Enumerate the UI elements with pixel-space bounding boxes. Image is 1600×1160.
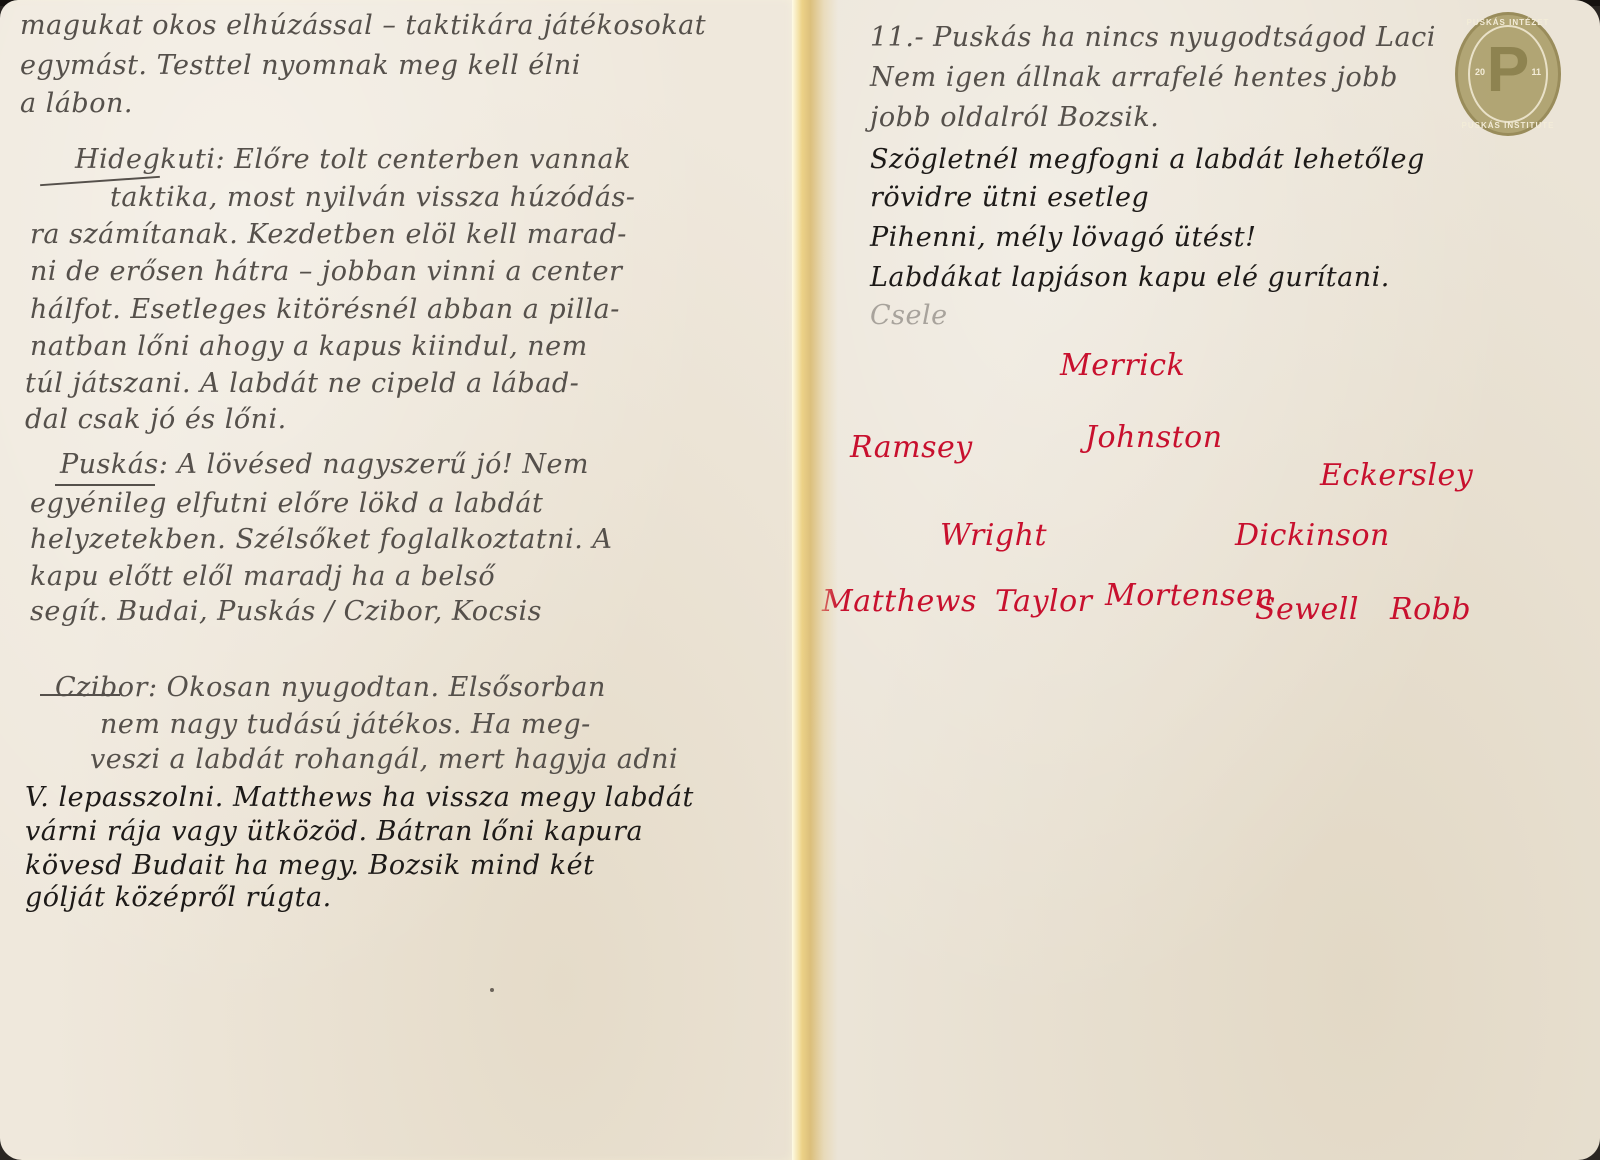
right-line-2: Nem igen állnak arrafelé hentes jobb <box>870 58 1398 98</box>
left-line-18: nem nagy tudású játékos. Ha meg- <box>100 705 591 745</box>
notebook-spread: magukat okos elhúzással – taktikára játé… <box>0 0 1600 1160</box>
stamp-year-right: 11 <box>1531 67 1541 77</box>
stamp-top-text: PUSKÁS INTÉZET <box>1458 18 1558 27</box>
left-line-1: magukat okos elhúzással – taktikára játé… <box>20 6 706 46</box>
right-line-7: Labdákat lapjáson kapu elé gurítani. <box>870 258 1390 298</box>
left-line-14: helyzetekben. Szélsőket foglalkoztatni. … <box>30 520 612 560</box>
stamp-year-left: 20 <box>1475 67 1485 77</box>
right-line-5: rövidre ütni esetleg <box>870 178 1149 218</box>
right-line-4: Szögletnél megfogni a labdát lehetőleg <box>870 140 1425 180</box>
ink-speck <box>490 988 494 992</box>
left-line-9: natban lőni ahogy a kapus kiindul, nem <box>30 327 588 367</box>
right-page: 11.- Puskás ha nincs nyugodtságod Laci N… <box>800 0 1600 1160</box>
left-line-13: egyénileg elfutni előre lökd a labdát <box>30 484 543 524</box>
heading-underline <box>40 694 120 696</box>
left-line-4: Hidegkuti: Előre tolt centerben vannak <box>75 140 631 180</box>
left-line-7: ni de erősen hátra – jobban vinni a cent… <box>30 252 622 292</box>
left-line-2: egymást. Testtel nyomnak meg kell élni <box>20 46 581 86</box>
player-defender-1: Ramsey <box>850 430 973 465</box>
player-midfielder-1: Wright <box>940 518 1047 553</box>
player-forward-3: Mortensen <box>1105 578 1274 613</box>
left-line-15: kapu előtt elől maradj ha a belső <box>30 557 495 597</box>
left-line-3: a lábon. <box>20 84 133 124</box>
player-midfielder-2: Dickinson <box>1235 518 1390 553</box>
puskas-institute-stamp: PUSKÁS INTÉZET P 20 11 PUSKÁS INSTITUTE <box>1455 12 1561 136</box>
left-page: magukat okos elhúzással – taktikára játé… <box>0 0 800 1160</box>
left-line-8: hálfot. Esetleges kitörésnél abban a pil… <box>30 290 620 330</box>
left-line-17: Czibor: Okosan nyugodtan. Elsősorban <box>55 668 606 708</box>
player-defender-2: Johnston <box>1085 420 1223 455</box>
player-forward-2: Taylor <box>995 584 1093 619</box>
player-goalkeeper: Merrick <box>1060 348 1185 383</box>
left-line-5: taktika, most nyilván vissza húzódás- <box>110 178 635 218</box>
p-logo-icon: P <box>1458 37 1558 101</box>
right-line-6: Pihenni, mély lövagó ütést! <box>870 218 1256 258</box>
right-line-1: 11.- Puskás ha nincs nyugodtságod Laci <box>870 18 1436 58</box>
player-forward-4: Sewell <box>1255 592 1359 627</box>
player-forward-5: Robb <box>1390 592 1471 627</box>
left-line-6: ra számítanak. Kezdetben elöl kell marad… <box>30 215 627 255</box>
faded-word: Csele <box>870 296 948 336</box>
left-line-23: gólját középről rúgta. <box>25 878 332 918</box>
stamp-bottom-text: PUSKÁS INSTITUTE <box>1458 121 1558 130</box>
left-line-19: veszi a labdát rohangál, mert hagyja adn… <box>90 740 678 780</box>
right-line-3: jobb oldalról Bozsik. <box>870 98 1159 138</box>
player-defender-3: Eckersley <box>1320 458 1473 493</box>
left-line-12: Puskás: A lövésed nagyszerű jó! Nem <box>60 445 589 485</box>
left-line-16: segít. Budai, Puskás / Czibor, Kocsis <box>30 592 542 632</box>
left-line-10: túl játszani. A labdát ne cipeld a lábad… <box>25 364 579 404</box>
left-line-11: dal csak jó és lőni. <box>25 400 287 440</box>
player-forward-1: Matthews <box>822 584 977 619</box>
